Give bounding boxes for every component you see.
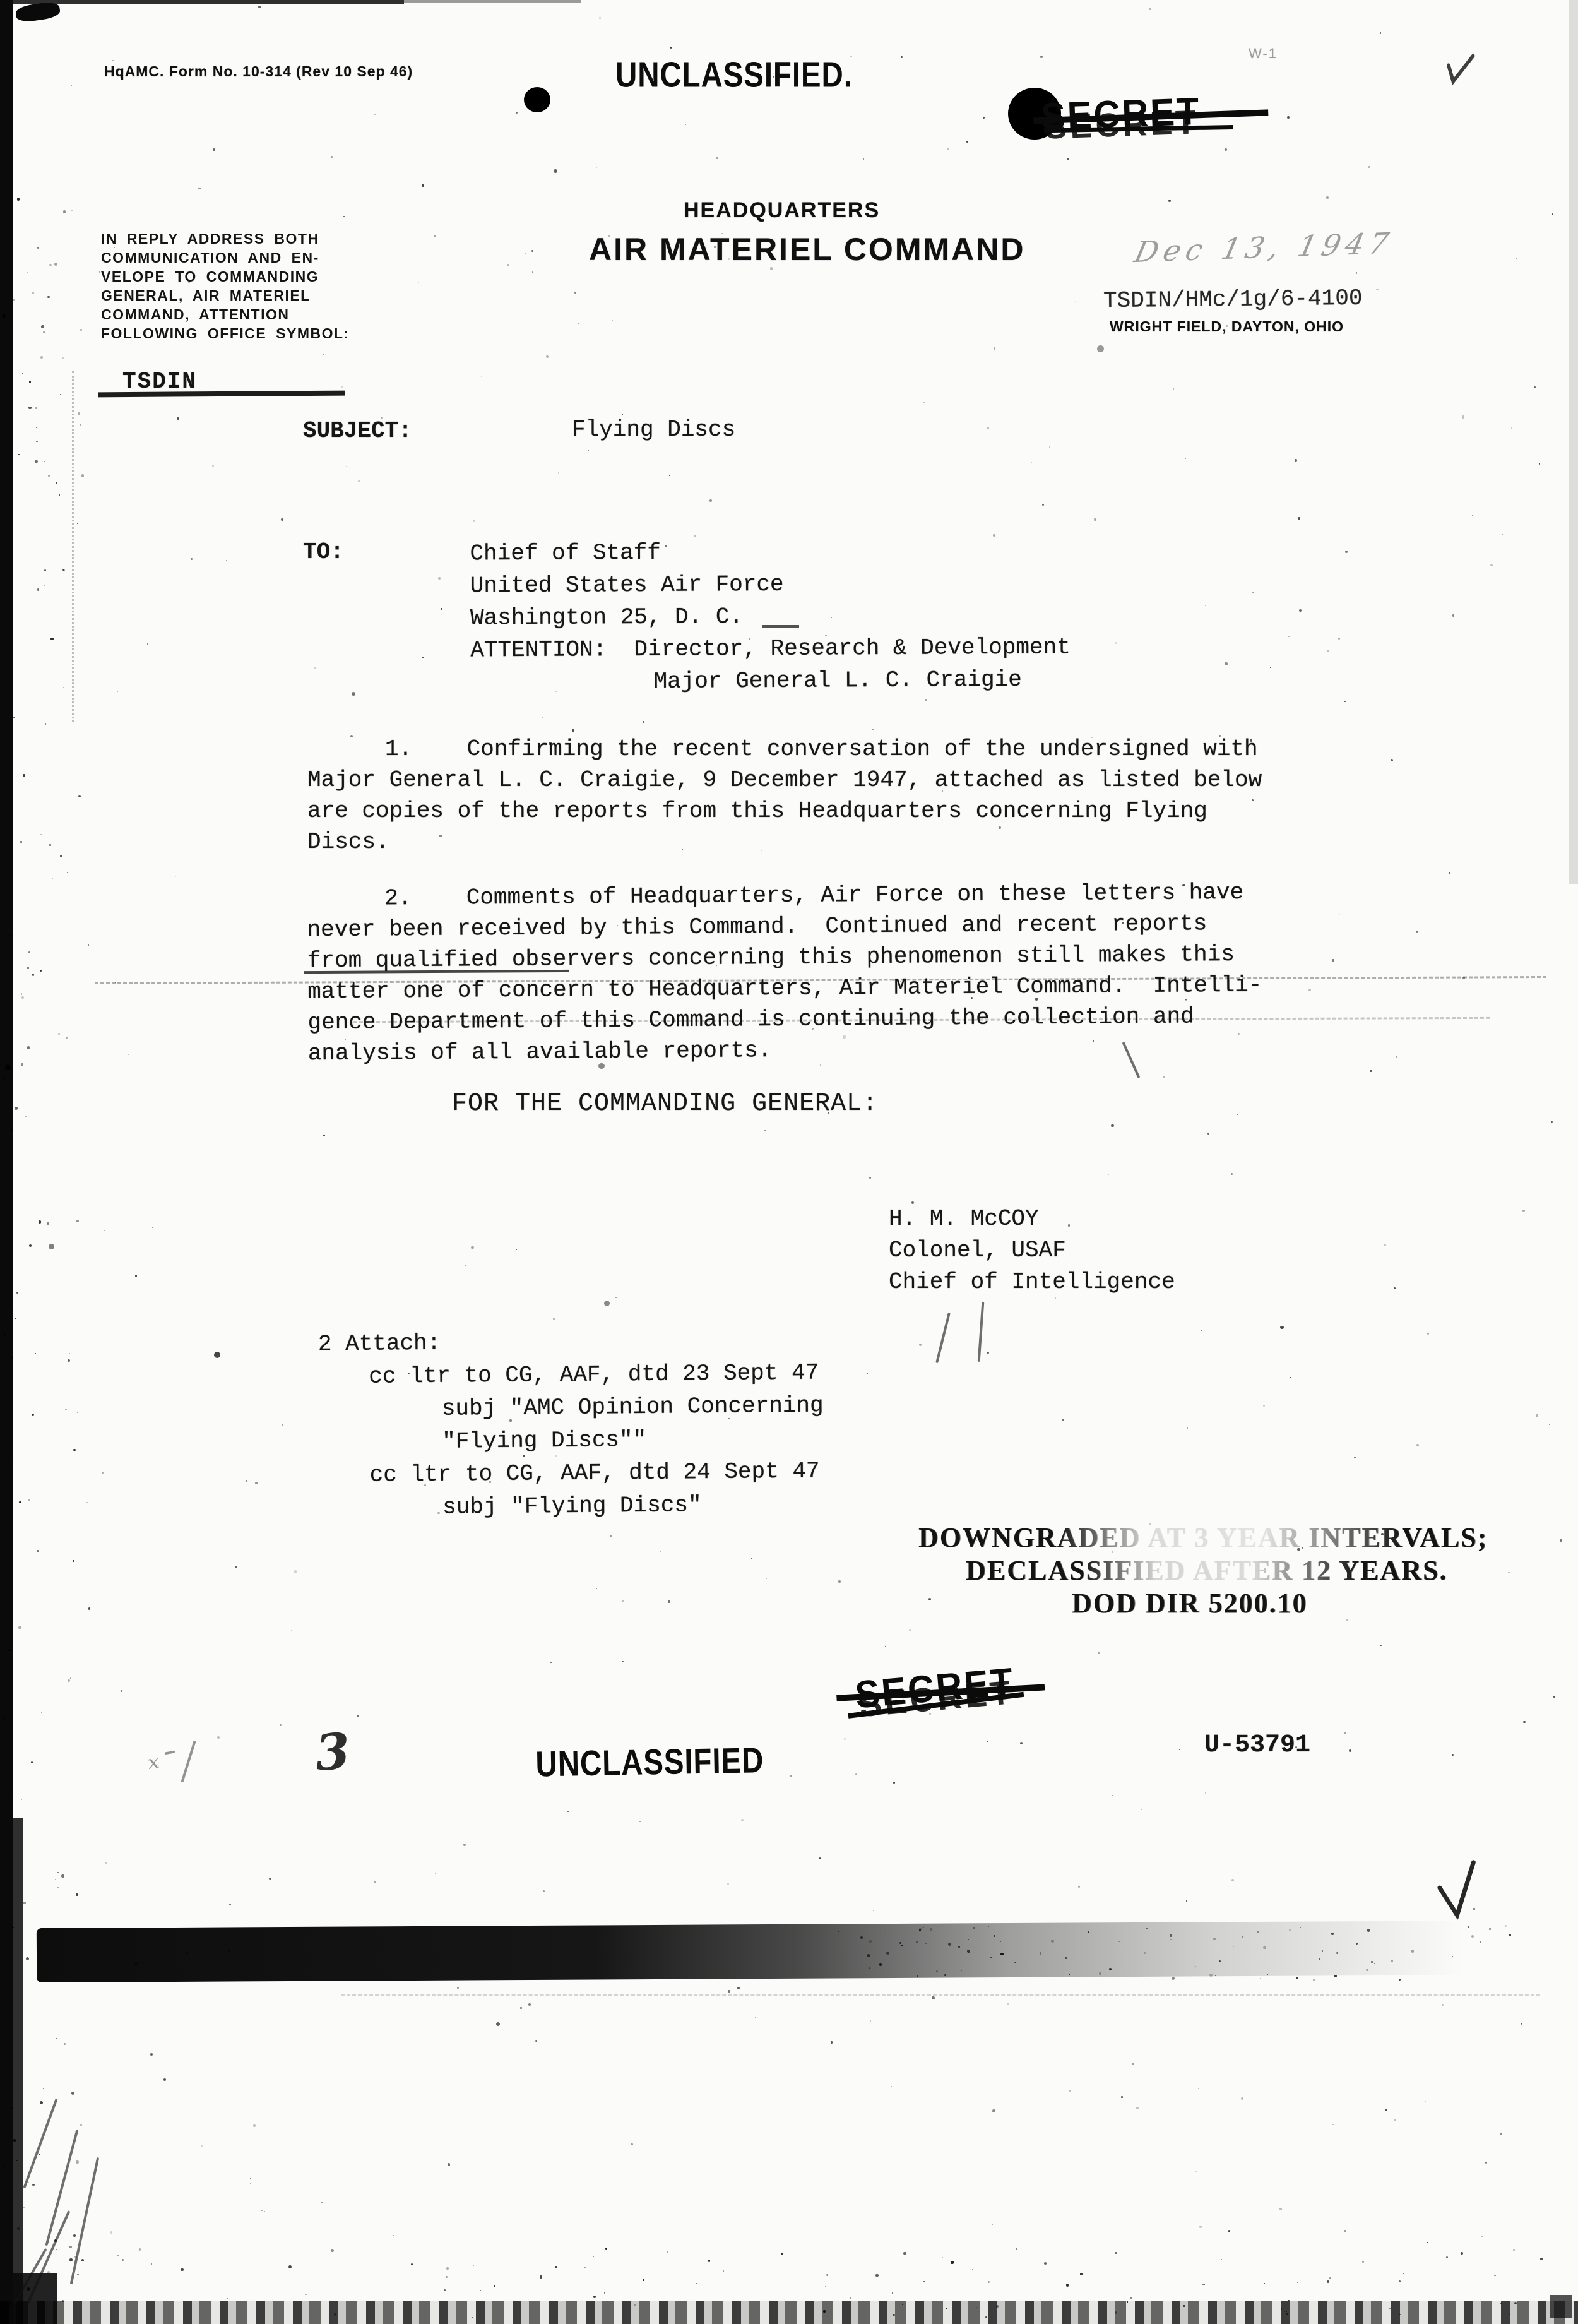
ink-speckle	[52, 878, 53, 879]
ink-speckle	[1549, 1424, 1550, 1425]
subject-label: SUBJECT:	[303, 415, 412, 446]
ink-speckle	[66, 1037, 68, 1039]
ink-speckle	[1344, 1732, 1346, 1734]
ink-speckle	[562, 2271, 563, 2272]
ink-speckle	[151, 2263, 152, 2265]
secret-stamp-crossed: SECRET SECRET	[1040, 89, 1201, 137]
ink-speckle	[1457, 1380, 1457, 1381]
paragraph-1: 1. Confirming the recent conversation of…	[307, 734, 1262, 857]
ink-speckle	[1522, 1210, 1525, 1212]
ink-speckle	[181, 2268, 184, 2272]
ink-speckle	[1362, 2261, 1364, 2263]
ink-speckle	[49, 1244, 54, 1249]
ink-speckle	[110, 2231, 113, 2234]
ink-speckle	[660, 1551, 661, 1552]
ink-speckle	[1446, 2256, 1448, 2258]
ink-speckle	[15, 1107, 18, 1110]
ink-speckle	[21, 1799, 22, 1800]
attachment-line: subj "Flying Discs"	[442, 1488, 824, 1524]
ink-speckle	[139, 2248, 141, 2250]
body-line: Major General L. C. Craigie, 9 December …	[307, 765, 1262, 796]
ink-speckle	[972, 2269, 973, 2270]
ink-speckle	[25, 1116, 27, 1117]
ink-speckle	[463, 1844, 466, 1846]
ink-speckle	[80, 2124, 82, 2126]
ink-speckle	[1432, 907, 1433, 907]
ink-speckle	[1163, 1076, 1164, 1077]
ink-speckle	[21, 993, 23, 995]
ink-speckle	[983, 117, 985, 119]
ink-speckle	[282, 1424, 283, 1426]
reference-number: TSDIN/HMc/1g/6-4100	[1103, 283, 1363, 316]
ink-speckle	[1205, 605, 1206, 605]
ink-speckle	[893, 1782, 894, 1783]
ink-speckle	[22, 1775, 23, 1775]
ink-speckle	[28, 951, 30, 953]
ink-speckle	[27, 967, 29, 969]
ink-speckle	[535, 2040, 537, 2042]
ink-speckle	[1136, 2107, 1138, 2109]
ink-speckle	[667, 2251, 668, 2253]
ink-speckle	[604, 2292, 606, 2294]
ink-speckle	[45, 766, 46, 766]
ink-speckle	[1472, 515, 1473, 516]
ink-speckle	[1069, 2090, 1071, 2092]
ink-speckle	[1380, 1645, 1382, 1647]
ink-speckle	[88, 1466, 88, 1467]
ink-speckle	[480, 2290, 482, 2291]
ink-speckle	[643, 721, 644, 723]
ink-speckle	[73, 2234, 76, 2237]
ink-speckle	[105, 1862, 107, 1864]
ink-speckle	[48, 475, 50, 477]
ink-speckle	[992, 2224, 993, 2225]
ink-speckle	[68, 1679, 70, 1682]
ink-speckle	[901, 56, 903, 58]
ink-speckle	[41, 1712, 42, 1712]
station-line: WRIGHT FIELD, DAYTON, OHIO	[1110, 318, 1344, 335]
ink-speckle	[321, 2202, 323, 2203]
ink-speckle	[1198, 2088, 1199, 2089]
scan-artifact	[0, 0, 404, 4]
ink-speckle	[532, 271, 534, 273]
ink-speckle	[128, 1054, 128, 1055]
ink-speckle	[1485, 2162, 1487, 2164]
ink-speckle	[71, 2092, 74, 2095]
ink-speckle	[323, 1135, 325, 1136]
ink-speckle	[448, 408, 449, 409]
control-number: U-53791	[1204, 1731, 1310, 1760]
ink-speckle	[1115, 2252, 1117, 2254]
ink-speckle	[558, 472, 560, 474]
ink-speckle	[87, 504, 88, 504]
signature-block: H. M. McCOY Colonel, USAF Chief of Intel…	[889, 1203, 1175, 1297]
ink-speckle	[88, 1607, 91, 1610]
ink-speckle	[555, 2266, 557, 2268]
ink-speckle	[57, 1872, 59, 1873]
ink-speckle	[446, 2267, 449, 2270]
scan-artifact	[341, 1994, 1540, 1996]
ink-speckle	[294, 1570, 297, 1573]
ink-speckle	[1111, 1124, 1113, 1127]
ink-speckle	[102, 1472, 103, 1473]
ink-speckle	[21, 1063, 23, 1066]
ink-speckle	[434, 235, 436, 237]
ink-speckle	[1511, 427, 1512, 428]
ink-speckle	[987, 1352, 988, 1354]
reply-line: COMMUNICATION AND EN-	[101, 248, 353, 267]
ink-speckle	[1112, 1795, 1113, 1796]
ink-speckle	[323, 621, 324, 622]
ink-speckle	[99, 271, 100, 273]
ink-speckle	[1313, 1979, 1315, 1981]
ink-speckle	[631, 2143, 632, 2145]
ink-speckle	[1173, 388, 1174, 390]
ink-speckle	[1452, 1754, 1454, 1756]
ink-speckle	[1260, 1978, 1262, 1980]
signer-rank: Colonel, USAF	[889, 1235, 1175, 1266]
ink-speckle	[528, 2003, 531, 2006]
ink-speckle	[605, 2248, 607, 2250]
ink-speckle	[214, 1352, 220, 1358]
ink-speckle	[668, 1600, 670, 1603]
ink-speckle	[1427, 2242, 1428, 2243]
ink-speckle	[496, 2022, 500, 2026]
ink-speckle	[572, 729, 574, 732]
ink-speckle	[1558, 914, 1559, 914]
ink-speckle	[1263, 1405, 1265, 1407]
ink-speckle	[1500, 2133, 1502, 2135]
ink-speckle	[37, 247, 39, 249]
ink-speckle	[1344, 2230, 1346, 2232]
ink-speckle	[639, 1821, 641, 1822]
ink-speckle	[1223, 2271, 1223, 2272]
handwritten-scribble: ˣˉ╱	[145, 1741, 203, 1787]
ink-speckle	[850, 2297, 851, 2299]
ink-speckle	[1055, 1297, 1056, 1299]
ink-speckle	[261, 2210, 263, 2211]
ink-speckle	[1394, 1287, 1396, 1289]
ink-speckle	[473, 2265, 473, 2266]
ink-speckle	[670, 47, 672, 48]
ink-speckle	[1185, 458, 1186, 459]
ink-speckle	[55, 1879, 56, 1880]
ink-speckle	[986, 1916, 987, 1917]
ink-speckle	[358, 480, 360, 482]
ink-speckle	[281, 518, 283, 521]
ink-speckle	[54, 263, 57, 266]
ink-speckle	[134, 841, 134, 842]
ink-speckle	[1179, 1749, 1180, 1750]
ink-speckle	[246, 2287, 247, 2287]
downgrade-stamp: DOWNGRADED AT 3 YEAR INTERVALS; DECLASSI…	[915, 1522, 1496, 1619]
reply-line: COMMAND, ATTENTION	[101, 305, 353, 324]
ink-speckle	[227, 2298, 228, 2299]
attachment-line: cc ltr to CG, AAF, dtd 23 Sept 47	[369, 1357, 823, 1393]
ink-speckle	[1042, 504, 1044, 506]
ink-speckle	[494, 2285, 496, 2287]
ink-speckle	[987, 1741, 988, 1743]
ink-speckle	[1107, 2046, 1108, 2047]
ink-speckle	[1195, 2171, 1197, 2172]
ink-speckle	[37, 588, 40, 591]
ink-speckle	[28, 407, 32, 410]
ink-speckle	[1279, 487, 1279, 488]
ink-speckle	[255, 1482, 258, 1484]
ink-speckle	[258, 6, 261, 8]
reply-line: VELOPE TO COMMANDING	[101, 267, 353, 286]
ink-speckle	[70, 1677, 72, 1679]
attachments-heading: 2 Attach:	[318, 1324, 823, 1361]
ink-speckle	[411, 2263, 413, 2265]
ink-speckle	[32, 1414, 34, 1416]
ink-speckle	[457, 1987, 459, 1989]
ink-speckle	[32, 974, 34, 975]
ink-speckle	[232, 951, 232, 951]
ink-speckle	[1437, 276, 1438, 277]
ink-speckle	[63, 569, 65, 571]
ink-speckle	[1280, 1326, 1283, 1329]
ink-speckle	[61, 1874, 64, 1877]
ink-speckle	[831, 2041, 833, 2044]
ink-speckle	[542, 717, 543, 718]
ink-speckle	[925, 388, 925, 388]
ink-speckle	[39, 2154, 40, 2155]
ink-speckle	[916, 1376, 917, 1376]
ink-speckle	[584, 2267, 585, 2268]
ink-speckle	[1108, 1174, 1109, 1174]
ink-speckle	[76, 1893, 78, 1896]
ink-speckle	[346, 466, 347, 467]
ink-speckle	[1299, 609, 1302, 612]
ink-speckle	[909, 1629, 911, 1631]
ink-speckle	[422, 184, 424, 187]
ink-speckle	[1345, 551, 1348, 553]
reply-line: FOLLOWING OFFICE SYMBOL:	[101, 324, 353, 343]
to-line: Washington 25, D. C.	[470, 600, 1071, 634]
ink-speckle	[1067, 158, 1069, 160]
ink-speckle	[81, 474, 84, 477]
ink-speckle	[1560, 1539, 1562, 1542]
ink-speckle	[1205, 1792, 1206, 1794]
ink-speckle	[67, 872, 68, 873]
scan-artifact	[0, 1818, 23, 2324]
ink-speckle	[80, 329, 82, 331]
ink-speckle	[869, 1177, 871, 1179]
ink-speckle	[870, 2020, 871, 2021]
ink-speckle	[81, 436, 81, 436]
ink-speckle	[825, 2286, 826, 2287]
ink-speckle	[1094, 518, 1096, 520]
ink-speckle	[23, 1902, 26, 1905]
ink-speckle	[374, 114, 375, 115]
ink-speckle	[1462, 415, 1464, 418]
ink-speckle	[727, 1883, 729, 1885]
ink-speckle	[18, 454, 20, 455]
ink-speckle	[150, 2053, 153, 2056]
ink-speckle	[1461, 2252, 1463, 2255]
ink-speckle	[1186, 1900, 1187, 1902]
ink-speckle	[507, 264, 509, 266]
ink-speckle	[39, 960, 39, 960]
ink-speckle	[615, 1297, 617, 1298]
ink-speckle	[22, 373, 24, 375]
ink-speckle	[723, 2270, 724, 2271]
ink-speckle	[60, 394, 61, 395]
ink-speckle	[29, 381, 31, 383]
ink-speckle	[593, 2296, 596, 2298]
ink-speckle	[250, 2178, 251, 2179]
ink-speckle	[56, 482, 57, 484]
ink-speckle	[751, 1558, 752, 1559]
ink-speckle	[947, 148, 949, 150]
ink-speckle	[1201, 1330, 1202, 1331]
ink-speckle	[441, 608, 442, 610]
scan-artifact	[1569, 0, 1578, 884]
body-line: 1. Confirming the recent conversation of…	[385, 734, 1262, 765]
ink-speckle	[1442, 2004, 1444, 2006]
ink-speckle	[1370, 1070, 1372, 1072]
ink-speckle	[1502, 534, 1504, 535]
ink-speckle	[567, 2231, 567, 2232]
ink-speckle	[341, 386, 342, 388]
scanned-memo-page: HqAMC. Form No. 10-314 (Rev 10 Sep 46) W…	[0, 0, 1578, 2324]
ink-speckle	[1481, 2236, 1483, 2237]
ink-speckle	[177, 417, 179, 420]
ink-speckle	[546, 355, 549, 358]
closing-line: FOR THE COMMANDING GENERAL:	[452, 1090, 878, 1118]
ink-speckle	[28, 2182, 29, 2183]
pen-stroke	[935, 1313, 951, 1364]
ink-speckle	[35, 1353, 36, 1354]
ink-speckle	[987, 427, 989, 430]
attention-line: ATTENTION: Director, Research & Developm…	[470, 632, 1071, 666]
ink-speckle	[863, 158, 864, 160]
ink-speckle	[448, 2163, 450, 2166]
ink-speckle	[1396, 1056, 1397, 1058]
ink-speckle	[77, 1412, 78, 1413]
ink-speckle	[1518, 2282, 1519, 2282]
ink-speckle	[1098, 1652, 1100, 1654]
ink-speckle	[755, 2017, 756, 2018]
ink-speckle	[988, 2281, 990, 2283]
ink-speckle	[1264, 2283, 1265, 2284]
ink-speckle	[23, 2207, 25, 2208]
ink-speckle	[44, 569, 46, 571]
ink-speckle	[280, 1724, 282, 1726]
ink-speckle	[716, 157, 718, 159]
ink-speckle	[288, 2265, 292, 2268]
ink-speckle	[1031, 462, 1031, 463]
ink-speckle	[1349, 1749, 1351, 1752]
ink-speckle	[764, 1130, 766, 1132]
office-symbol-underline	[98, 391, 345, 398]
ink-speckle	[60, 855, 62, 857]
ink-speckle	[567, 1811, 568, 1811]
ink-speckle	[1207, 1133, 1209, 1135]
ink-speckle	[62, 357, 64, 359]
ink-speckle	[604, 1301, 610, 1306]
ink-speckle	[112, 60, 114, 61]
ink-speckle	[1297, 2282, 1298, 2283]
ink-speckle	[45, 723, 46, 724]
ink-speckle	[599, 17, 601, 19]
ink-speckle	[925, 699, 927, 701]
ink-speckle	[331, 156, 333, 158]
ink-speckle	[1523, 1721, 1526, 1724]
ink-speckle	[1115, 642, 1117, 644]
secret-stamp-text: SECRET	[1044, 103, 1200, 147]
ink-speckle	[588, 450, 590, 451]
ink-speckle	[352, 692, 355, 696]
ink-speckle	[35, 460, 37, 463]
ink-speckle	[1509, 1934, 1511, 1936]
ink-speckle	[76, 1220, 79, 1223]
ink-speckle	[246, 1480, 247, 1482]
reply-instructions-block: IN REPLY ADDRESS BOTH COMMUNICATION AND …	[101, 229, 353, 343]
body-line: Discs.	[307, 826, 1262, 857]
pen-checkmark-icon	[1430, 1859, 1485, 1922]
ink-speckle	[685, 124, 686, 125]
ink-speckle	[578, 323, 579, 324]
subject-value: Flying Discs	[572, 414, 735, 445]
ink-speckle	[71, 210, 73, 211]
ink-speckle	[264, 2211, 265, 2212]
ink-speckle	[923, 2281, 925, 2283]
ink-speckle	[1399, 1979, 1401, 1981]
ink-speckle	[923, 402, 925, 403]
ink-speckle	[1427, 1333, 1429, 1335]
ink-speckle	[875, 2274, 878, 2277]
ink-speckle	[1537, 1129, 1538, 1129]
to-line: United States Air Force	[470, 568, 1071, 602]
unclassified-stamp-top: UNCLASSIFIED.	[615, 54, 853, 95]
ink-speckle	[1332, 2124, 1334, 2125]
ink-speckle	[17, 198, 20, 201]
ink-speckle	[1237, 1114, 1238, 1116]
ink-speckle	[892, 2292, 893, 2294]
ink-speckle	[1516, 258, 1518, 260]
ink-speckle	[27, 272, 28, 273]
ink-speckle	[540, 2275, 543, 2279]
ink-speckle	[677, 2258, 677, 2258]
ink-speckle	[44, 461, 46, 463]
ink-speckle	[1416, 931, 1418, 933]
ink-speckle	[737, 1987, 740, 1989]
ink-speckle	[18, 1626, 21, 1630]
ink-speckle	[29, 1244, 32, 1247]
ink-speckle	[117, 2255, 119, 2256]
ink-speckle	[867, 1373, 869, 1374]
ink-speckle	[23, 774, 25, 777]
scan-smudge-band	[37, 1921, 1507, 1982]
ink-speckle	[622, 1661, 624, 1663]
scan-artifact	[404, 0, 581, 3]
ink-speckle	[1078, 1886, 1080, 1888]
ink-speckle	[198, 188, 200, 189]
ink-speckle	[40, 2101, 43, 2104]
scan-artifact	[72, 371, 74, 722]
ink-speckle	[1326, 196, 1329, 199]
ink-speckle	[873, 1910, 874, 1911]
ink-speckle	[47, 1222, 50, 1225]
ink-speckle	[838, 1580, 841, 1583]
ink-speckle	[15, 1318, 16, 1319]
ink-speckle	[16, 1292, 18, 1294]
downgrade-line: DOD DIR 5200.10	[1072, 1587, 1496, 1619]
ink-speckle	[1399, 2280, 1401, 2282]
ink-speckle	[1287, 116, 1290, 119]
